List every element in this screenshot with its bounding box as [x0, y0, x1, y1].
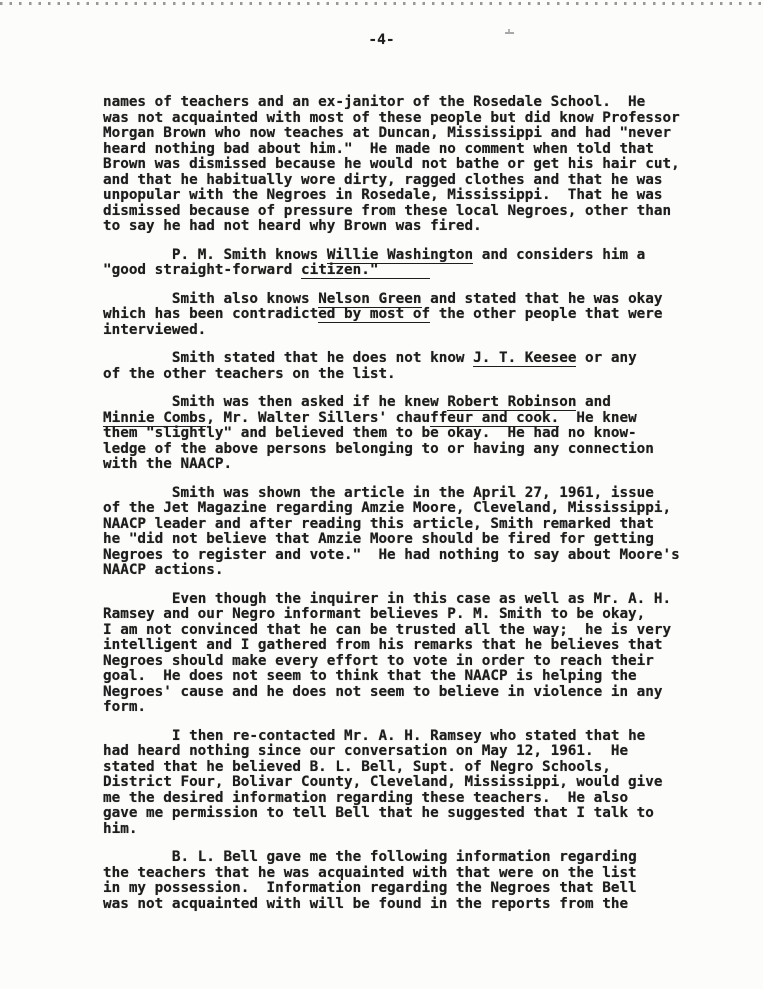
text-run: Smith was then asked if he knew: [103, 394, 447, 410]
text-run: and: [576, 394, 610, 410]
underlined-name: ed by most of: [318, 306, 430, 323]
text-run: Smith also knows: [103, 291, 318, 307]
underlined-name: Willie Washington: [327, 247, 473, 264]
underlined-name: ffeur and cook.: [430, 410, 559, 427]
underlined-name: citizen.": [301, 262, 378, 279]
text-run: Smith was shown the article in the April…: [103, 485, 680, 579]
document-body: names of teachers and an ex-janitor of t…: [103, 95, 703, 925]
perforated-top-border: [0, 2, 763, 5]
underlined-name: J. T. Keesee: [473, 350, 576, 367]
text-run: Smith stated that he does not know: [103, 350, 473, 366]
underlined-name: Minnie Combs: [103, 410, 206, 427]
text-run: names of teachers and an ex-janitor of t…: [103, 94, 680, 234]
page-number: -4-: [0, 32, 763, 48]
paragraph: Smith was shown the article in the April…: [103, 486, 703, 579]
underlined-name: Nelson Green: [318, 291, 421, 308]
paragraph: Smith stated that he does not know J. T.…: [103, 351, 703, 382]
text-run: Even though the inquirer in this case as…: [103, 591, 671, 716]
text-run: B. L. Bell gave me the following informa…: [103, 849, 637, 912]
underlined-name: [378, 262, 430, 279]
paragraph: B. L. Bell gave me the following informa…: [103, 850, 703, 912]
paragraph: Even though the inquirer in this case as…: [103, 592, 703, 716]
underlined-name: Robert Robinson: [447, 394, 576, 411]
paragraph: P. M. Smith knows Willie Washington and …: [103, 248, 703, 279]
paragraph: names of teachers and an ex-janitor of t…: [103, 95, 703, 235]
text-run: , Mr. Walter Sillers' chau: [206, 410, 430, 426]
paragraph: I then re-contacted Mr. A. H. Ramsey who…: [103, 729, 703, 838]
paragraph: Smith was then asked if he knew Robert R…: [103, 395, 703, 473]
text-run: I then re-contacted Mr. A. H. Ramsey who…: [103, 728, 662, 837]
scan-artifact-mark: [505, 32, 514, 34]
paragraph: Smith also knows Nelson Green and stated…: [103, 292, 703, 339]
text-run: P. M. Smith knows: [103, 247, 327, 263]
